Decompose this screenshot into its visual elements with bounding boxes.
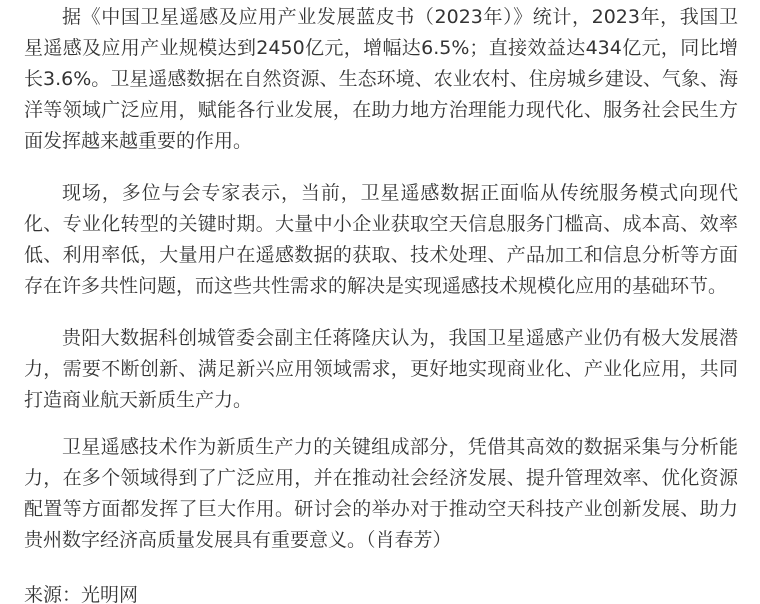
paragraph-expert-views: 现场，多位与会专家表示，当前，卫星遥感数据正面临从传统服务模式向现代化、专业化转… (24, 178, 738, 302)
article-body: 据《中国卫星遥感及应用产业发展蓝皮书（2023年）》统计，2023年，我国卫星遥… (24, 2, 738, 604)
article-source: 来源：光明网 (24, 580, 738, 604)
paragraph-official-quote: 贵阳大数据科创城管委会副主任蒋隆庆认为，我国卫星遥感产业仍有极大发展潜力，需要不… (24, 323, 738, 416)
paragraph-conclusion: 卫星遥感技术作为新质生产力的关键组成部分，凭借其高效的数据采集与分析能力，在多个… (24, 432, 738, 556)
paragraph-industry-scale: 据《中国卫星遥感及应用产业发展蓝皮书（2023年）》统计，2023年，我国卫星遥… (24, 2, 738, 157)
